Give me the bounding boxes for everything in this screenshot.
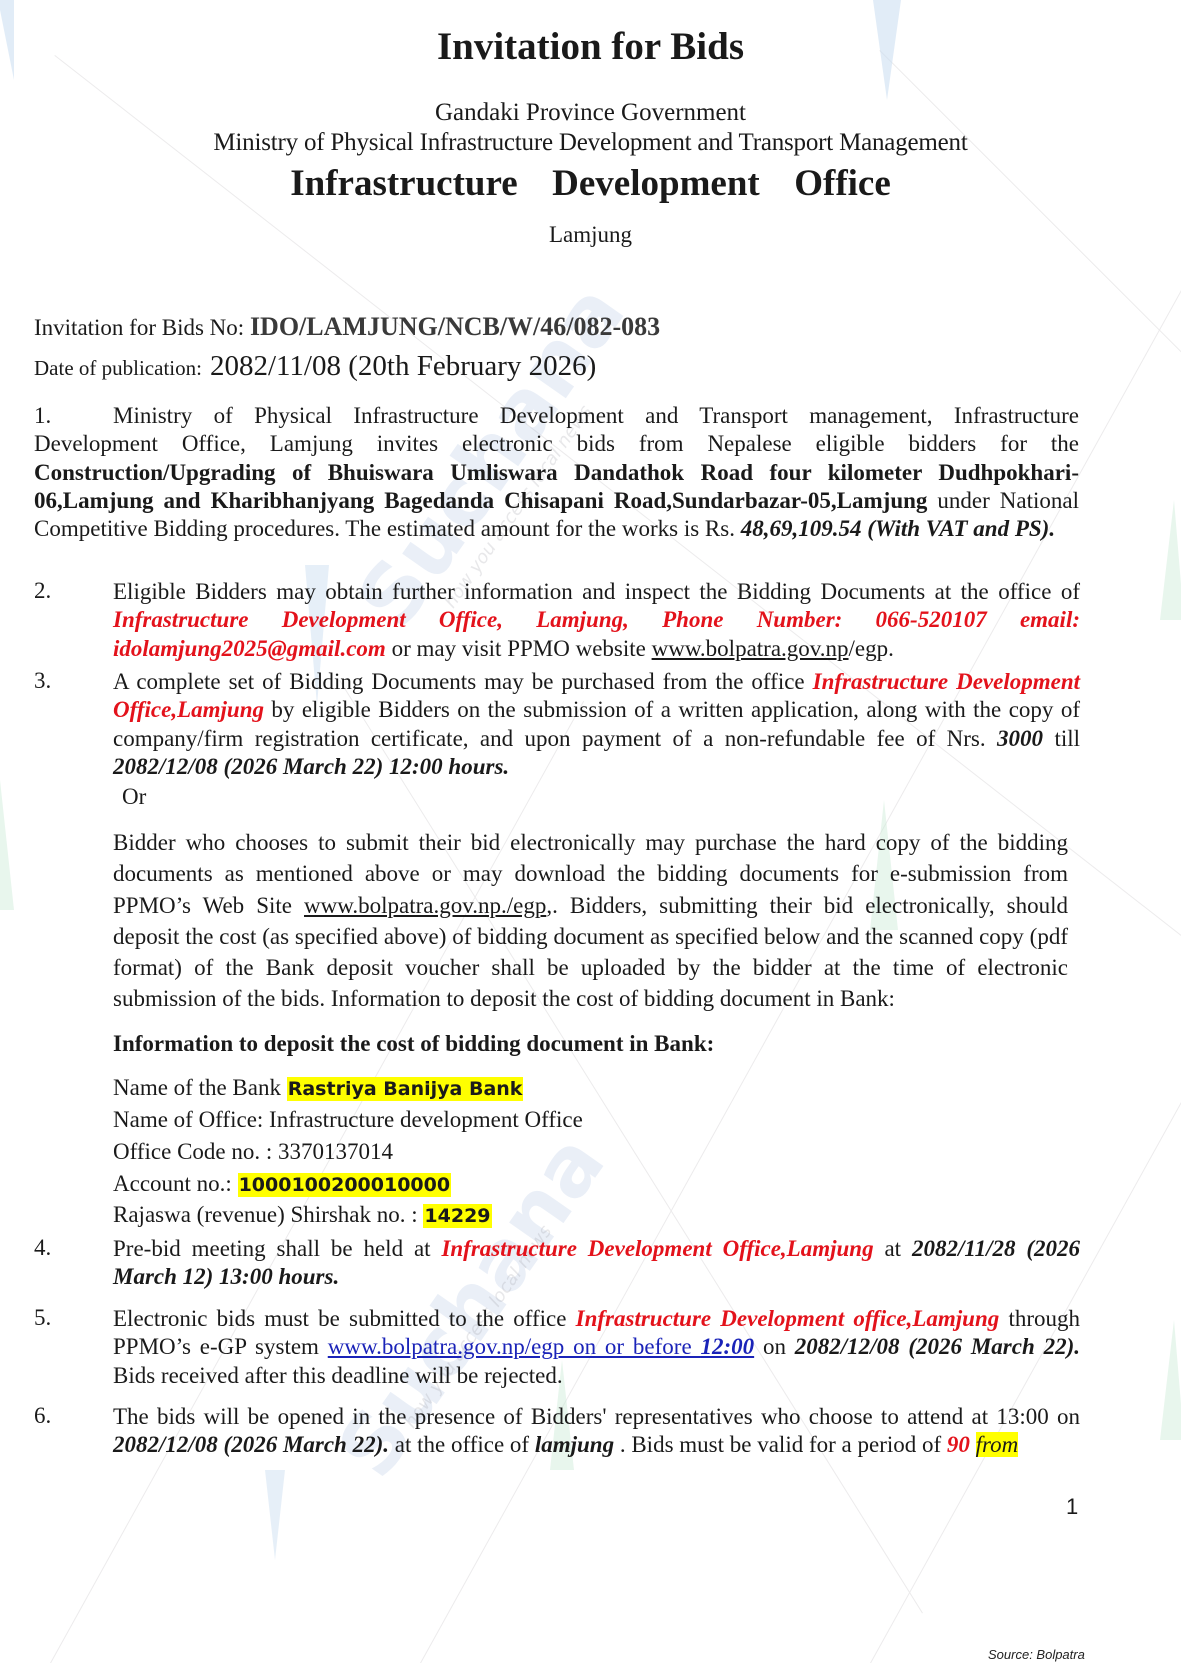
clause-number: 2.: [34, 578, 51, 604]
ministry-name: Ministry of Physical Infrastructure Deve…: [0, 129, 1181, 157]
opening-place: lamjung: [535, 1432, 614, 1457]
submission-office: Infrastructure Development office,Lamjun…: [576, 1306, 1000, 1331]
clause-4: Pre-bid meeting shall be held at Infrast…: [113, 1235, 1080, 1292]
revenue-line: Rajaswa (revenue) Shirshak no. : 14229: [113, 1202, 492, 1228]
clause-3: A complete set of Bidding Documents may …: [113, 668, 1080, 781]
validity-from: from: [976, 1432, 1019, 1457]
validity-days: 90: [947, 1432, 970, 1457]
page-title: Invitation for Bids: [0, 24, 1181, 69]
source-credit: Source: Bolpatra: [988, 1647, 1085, 1662]
bank-info-heading: Information to deposit the cost of biddi…: [113, 1031, 714, 1057]
submission-time: 12:00: [700, 1334, 754, 1359]
account-number: 1000100200010000: [238, 1173, 452, 1197]
or-separator: Or: [122, 784, 146, 810]
revenue-number: 14229: [423, 1204, 491, 1228]
office-name: Infrastructure Development Office: [0, 162, 1181, 205]
publication-date: 2082/11/08 (20th February 2026): [210, 350, 596, 382]
project-name: Construction/Upgrading of Bhuiswara Umli…: [34, 460, 1079, 513]
watermark-shard: [1160, 500, 1181, 620]
egp-system-link[interactable]: www.bolpatra.gov.np/egp on or before 12:…: [328, 1334, 754, 1359]
government-name: Gandaki Province Government: [0, 99, 1181, 127]
page-number: 1: [1066, 1494, 1078, 1520]
clause-number: 1.: [34, 402, 113, 430]
submission-date: 2082/12/08 (2026 March 22).: [795, 1334, 1080, 1359]
watermark-shard: [0, 780, 14, 910]
publication-label: Date of publication:: [34, 356, 202, 380]
ifb-number: IDO/LAMJUNG/NCB/W/46/082-083: [250, 312, 660, 341]
electronic-bidder-paragraph: Bidder who chooses to submit their bid e…: [113, 827, 1068, 1015]
clause-number: 3.: [34, 668, 51, 694]
office-code: 3370137014: [278, 1139, 393, 1164]
opening-date: 2082/12/08 (2026 March 22).: [113, 1432, 389, 1457]
bank-office-name: Infrastructure development Office: [269, 1107, 583, 1132]
publication-date-line: Date of publication:2082/11/08 (20th Feb…: [34, 350, 596, 383]
watermark-shard: [1160, 1320, 1181, 1440]
office-name-line: Name of Office: Infrastructure developme…: [113, 1107, 583, 1133]
ifb-label: Invitation for Bids No:: [34, 315, 250, 340]
office-code-line: Office Code no. : 3370137014: [113, 1139, 393, 1165]
watermark-line: [339, 680, 923, 1613]
clause-number: 4.: [34, 1235, 51, 1261]
clause-number: 5.: [34, 1305, 51, 1331]
purchase-deadline: 2082/12/08 (2026 March 22) 12:00 hours.: [113, 754, 509, 779]
document-fee: 3000: [997, 726, 1043, 751]
clause-1: 1.Ministry of Physical Infrastructure De…: [34, 402, 1079, 543]
clause-6: The bids will be opened in the presence …: [113, 1403, 1080, 1460]
bank-name-line: Name of the Bank Rastriya Banijya Bank: [113, 1075, 523, 1101]
estimated-amount: 48,69,109.54 (With VAT and PS).: [741, 516, 1055, 541]
clause-number: 6.: [34, 1403, 51, 1429]
clause-5: Electronic bids must be submitted to the…: [113, 1305, 1080, 1390]
ifb-number-line: Invitation for Bids No: IDO/LAMJUNG/NCB/…: [34, 312, 660, 342]
prebid-venue: Infrastructure Development Office,Lamjun…: [441, 1236, 873, 1261]
clause-2: Eligible Bidders may obtain further info…: [113, 578, 1080, 663]
egp-website-link[interactable]: www.bolpatra.gov.np./egp: [304, 893, 546, 918]
watermark-shard: [265, 1470, 285, 1560]
ppmo-website-link[interactable]: www.bolpatra.gov.np: [652, 636, 849, 661]
bank-name: Rastriya Banijya Bank: [287, 1077, 524, 1101]
account-number-line: Account no.: 1000100200010000: [113, 1171, 451, 1197]
district-name: Lamjung: [0, 222, 1181, 248]
